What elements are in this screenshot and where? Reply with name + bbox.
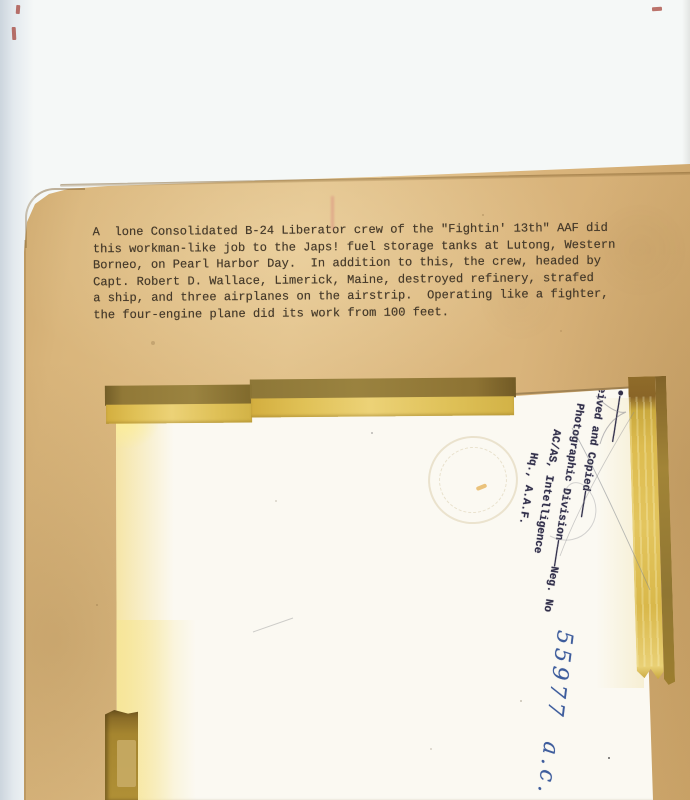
scratch-line — [572, 428, 650, 590]
pencil-scrawl — [550, 483, 596, 541]
scratch-marks — [0, 0, 690, 800]
scratch-line — [253, 618, 293, 632]
pencil-notation — [596, 396, 626, 444]
scan-surface: A lone Consolidated B-24 Liberator crew … — [0, 0, 690, 800]
